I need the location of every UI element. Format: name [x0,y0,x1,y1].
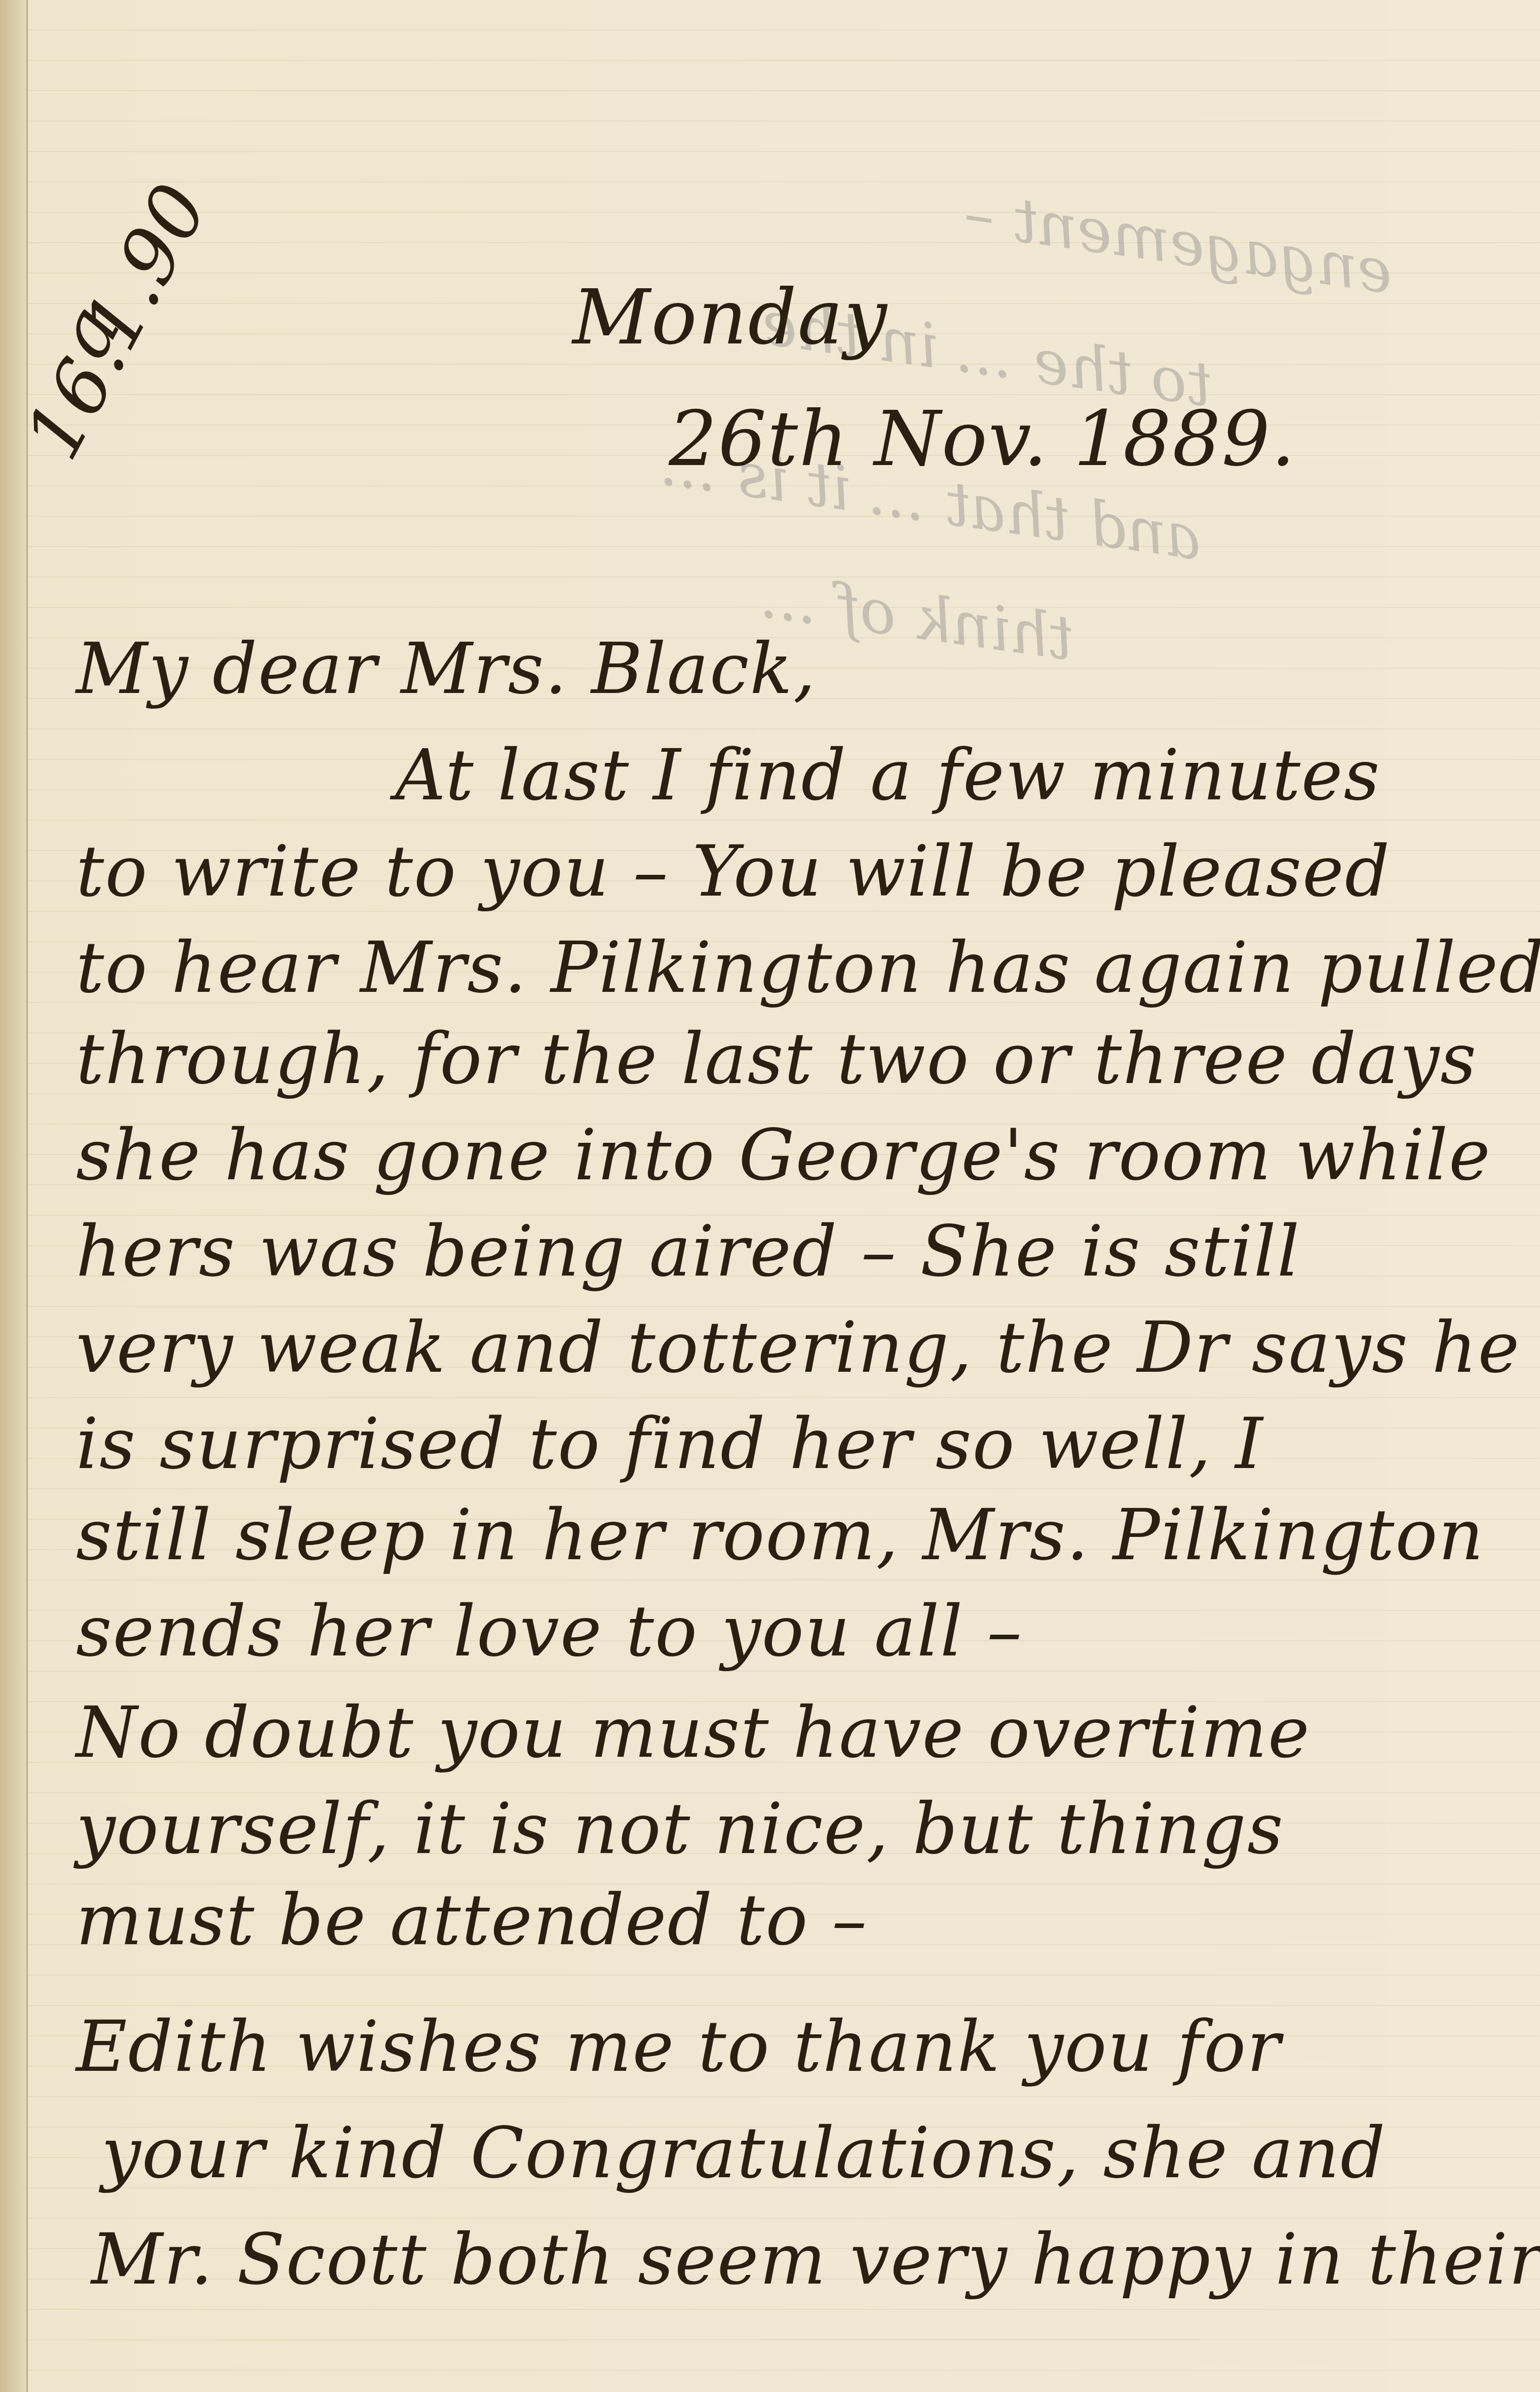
body-line: to write to you – You will be pleased [76,831,1391,912]
body-line: yourself, it is not nice, but things [76,1788,1284,1870]
body-line: hers was being aired – She is still [76,1211,1300,1292]
page-edge [0,0,28,2392]
body-line: she has gone into George's room while [76,1114,1491,1196]
body-line: Edith wishes me to thank you for [76,2006,1281,2088]
heading-date: 26th Nov. 1889. [669,395,1296,483]
bleed-through-line: engagement – [960,183,1397,303]
body-line: still sleep in her room, Mrs. Pilkington [76,1494,1484,1576]
body-line: to hear Mrs. Pilkington has again pulled [76,927,1540,1009]
body-line: is surprised to find her so well, I [76,1403,1264,1485]
salutation: My dear Mrs. Black, [76,628,817,710]
body-line: through, for the last two or three days [76,1018,1477,1100]
body-line: Mr. Scott both seem very happy in their [91,2219,1540,2300]
archival-date: 16.1.90 [8,169,225,473]
body-line: sends her love to you all – [76,1591,1023,1672]
letter-page: engagement – to the ... in the and that … [0,0,1540,2392]
body-line: very weak and tottering, the Dr says he [76,1307,1520,1388]
body-line: No doubt you must have overtime [76,1692,1311,1773]
body-line: At last I find a few minutes [395,735,1380,816]
body-line: your kind Congratulations, she and [101,2112,1386,2194]
body-line: must be attended to – [76,1879,868,1961]
heading-day: Monday [572,274,888,362]
